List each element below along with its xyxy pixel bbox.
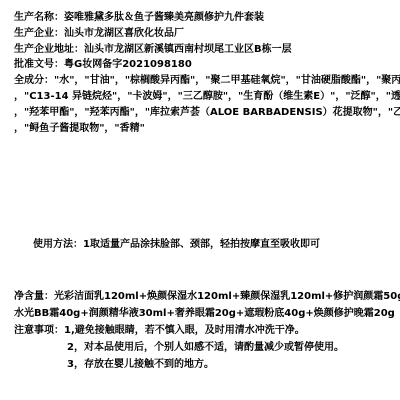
- notice-line-3: 3，存放在婴儿接触不到的地方。: [14, 357, 398, 374]
- ingredients-line-1: 全成分："水"，"甘油"，"棕榈酸异丙酯"，"聚二甲基硅氧烷"，"甘油硬脂酸酯"…: [14, 73, 398, 89]
- ingredients-line-2: ，"C13-14 异链烷烃"，"卡波姆"，"三乙醇胺"，"生育酚（维生素E）"，…: [14, 89, 398, 105]
- notice-line-2: 2，对本品使用后，个别人如感不适，请酌量减少或暂停使用。: [14, 340, 398, 357]
- net-content-line-2: 水光BB霜40g+润颜精华液30ml+奢养眼霜20g+遮瑕粉底40g+焕颜修护晚…: [14, 306, 398, 323]
- ingredients-line-4: ，"鲟鱼子酱提取物"，"香精": [14, 121, 398, 137]
- net-content-line-1: 净含量：光彩洁面乳120ml+焕颜保湿水120ml+臻颜保湿乳120ml+修护润…: [14, 289, 398, 306]
- net-content-and-notes-section: 净含量：光彩洁面乳120ml+焕颜保湿水120ml+臻颜保湿乳120ml+修护润…: [14, 289, 398, 374]
- usage-instructions-line: 使用方法：1取适量产品涂抹脸部、颈部，轻拍按摩直至吸收即可: [33, 237, 398, 253]
- approval-number-line: 批准文号：粤G妆网备字2021098180: [14, 57, 398, 73]
- product-info-section: 生产名称：姿唯雅黛多肽＆鱼子酱臻美亮颜修护九件套装 生产企业：汕头市龙湖区喜欣化…: [14, 10, 398, 136]
- address-line: 生产企业地址：汕头市龙湖区新溪镇西南村坝尾工业区B栋一层: [14, 42, 398, 58]
- usage-section: 使用方法：1取适量产品涂抹脸部、颈部，轻拍按摩直至吸收即可: [33, 237, 398, 253]
- notice-line-1: 注意事项：1,避免接触眼睛，若不慎入眼，及时用清水冲洗干净。: [14, 323, 398, 340]
- product-name-line: 生产名称：姿唯雅黛多肽＆鱼子酱臻美亮颜修护九件套装: [14, 10, 398, 26]
- manufacturer-line: 生产企业：汕头市龙湖区喜欣化妆品厂: [14, 26, 398, 42]
- ingredients-line-3: ，"羟苯甲酯"，"羟苯丙酯"，"库拉索芦荟（ALOE BARBADENSIS）花…: [14, 105, 398, 121]
- product-label-page: 生产名称：姿唯雅黛多肽＆鱼子酱臻美亮颜修护九件套装 生产企业：汕头市龙湖区喜欣化…: [0, 0, 400, 400]
